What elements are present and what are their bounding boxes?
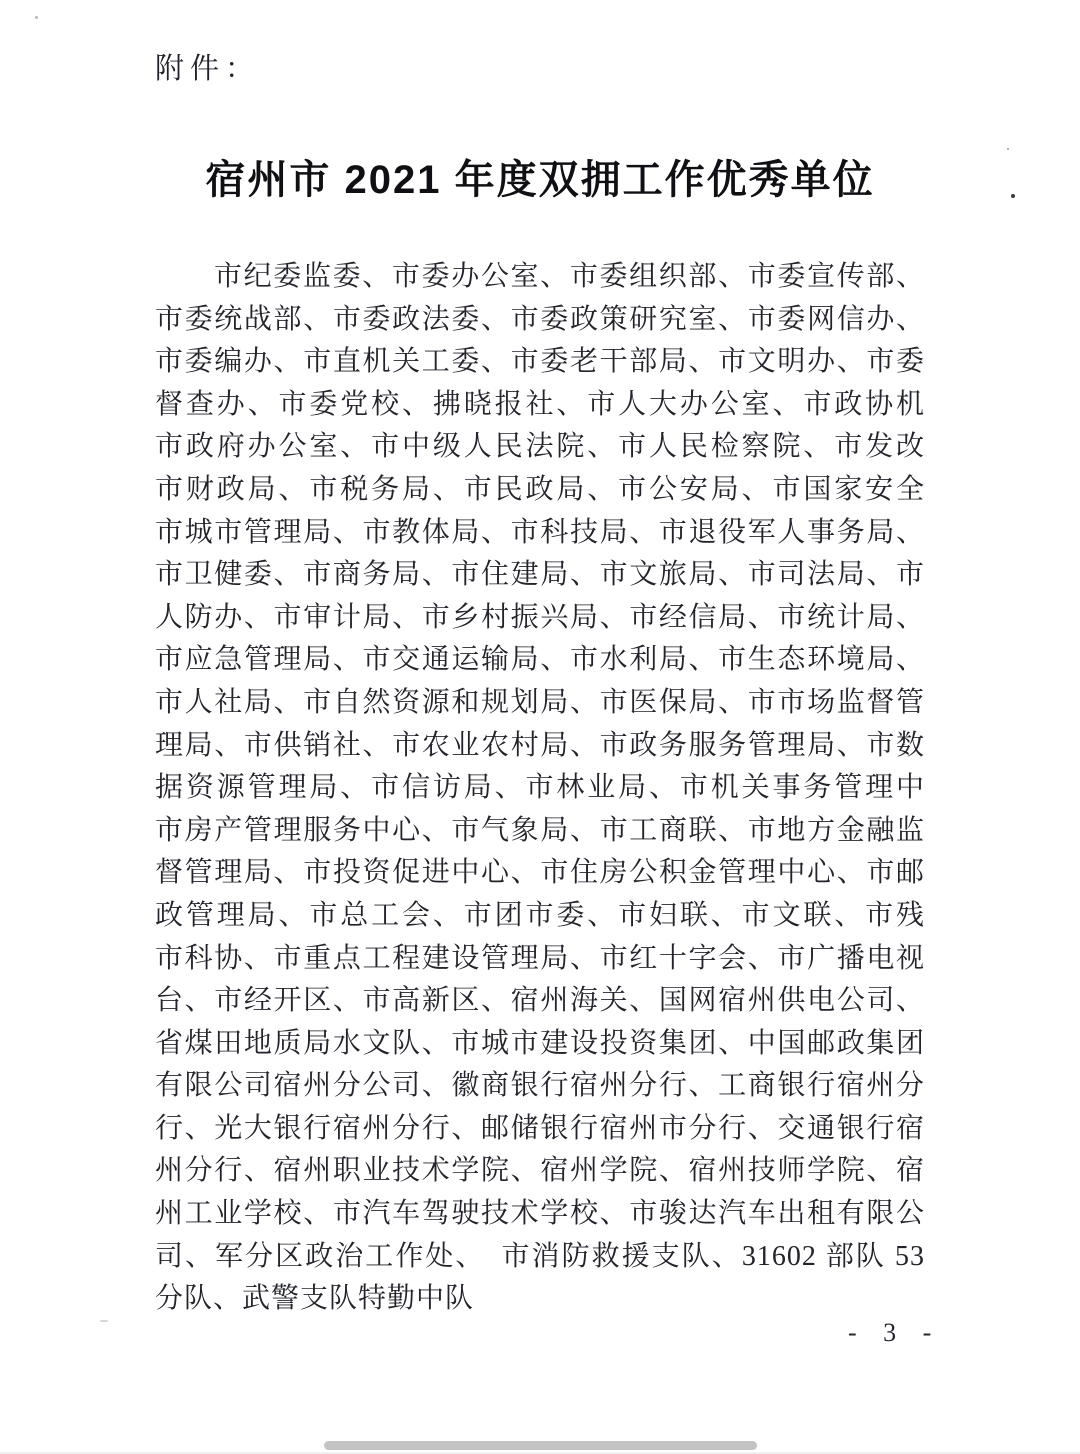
body-line: 市卫健委、市商务局、市住建局、市文旅局、市司法局、市 [155, 554, 925, 597]
scanned-document-page: 附件： 宿州市 2021 年度双拥工作优秀单位 市纪委监委、市委办公室、市委组织… [0, 0, 1080, 1454]
attachment-label: 附件： [155, 46, 260, 87]
body-line: 州工业学校、市汽车驾驶技术学校、市骏达汽车出租有限公 [155, 1193, 925, 1236]
body-line: 有限公司宿州分公司、徽商银行宿州分行、工商银行宿州分 [155, 1065, 925, 1108]
body-line: 台、市经开区、市高新区、宿州海关、国网宿州供电公司、 [155, 980, 925, 1023]
body-line: 市委统战部、市委政法委、市委政策研究室、市委网信办、 [155, 299, 925, 342]
scan-speckle [850, 189, 854, 193]
body-line: 政管理局、市总工会、市团市委、市妇联、市文联、市残联、 [155, 895, 925, 938]
body-line: 市应急管理局、市交通运输局、市水利局、市生态环境局、 [155, 639, 925, 682]
body-line: 行、光大银行宿州分行、邮储银行宿州市分行、交通银行宿 [155, 1108, 925, 1151]
document-body: 市纪委监委、市委办公室、市委组织部、市委宣传部、 市委统战部、市委政法委、市委政… [155, 256, 925, 1321]
scan-speckle [1011, 194, 1015, 198]
body-line: 人防办、市审计局、市乡村振兴局、市经信局、市统计局、 [155, 597, 925, 640]
body-line: 市城市管理局、市教体局、市科技局、市退役军人事务局、 [155, 512, 925, 555]
body-line: 市房产管理服务中心、市气象局、市工商联、市地方金融监 [155, 810, 925, 853]
body-line: 市财政局、市税务局、市民政局、市公安局、市国家安全局、 [155, 469, 925, 512]
horizontal-scrollbar-thumb[interactable] [324, 1441, 757, 1450]
body-line: 司、军分区政治工作处、 市消防救援支队、31602 部队 53 [155, 1236, 925, 1279]
body-line: 市科协、市重点工程建设管理局、市红十字会、市广播电视 [155, 938, 925, 981]
body-line: 据资源管理局、市信访局、市林业局、市机关事务管理中心、 [155, 767, 925, 810]
document-title: 宿州市 2021 年度双拥工作优秀单位 [0, 148, 1080, 205]
body-line: 督管理局、市投资促进中心、市住房公积金管理中心、市邮 [155, 852, 925, 895]
body-line: 省煤田地质局水文队、市城市建设投资集团、中国邮政集团 [155, 1023, 925, 1066]
body-line: 理局、市供销社、市农业农村局、市政务服务管理局、市数 [155, 725, 925, 768]
scan-speckle [100, 1320, 108, 1322]
body-line: 市纪委监委、市委办公室、市委组织部、市委宣传部、 [155, 256, 925, 299]
scan-speckle [1007, 148, 1009, 150]
body-line: 分队、武警支队特勤中队 [155, 1278, 925, 1321]
body-line: 市委编办、市直机关工委、市委老干部局、市文明办、市委 [155, 341, 925, 384]
body-line: 州分行、宿州职业技术学院、宿州学院、宿州技师学院、宿 [155, 1150, 925, 1193]
body-line: 督查办、市委党校、拂晓报社、市人大办公室、市政协机关、 [155, 384, 925, 427]
body-line: 市政府办公室、市中级人民法院、市人民检察院、市发改委、 [155, 426, 925, 469]
scan-speckle [35, 16, 38, 19]
page-number: - 3 - [848, 1318, 941, 1348]
body-line: 市人社局、市自然资源和规划局、市医保局、市市场监督管 [155, 682, 925, 725]
